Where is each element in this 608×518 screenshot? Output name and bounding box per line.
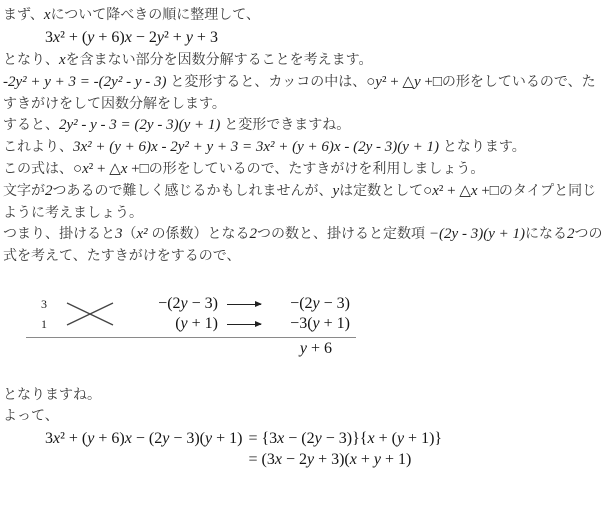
jp-text: 文字が [3, 182, 45, 198]
inline-math-shape-form-x: ○x² + △x +□ [423, 183, 499, 199]
inline-math-two: 2 [45, 183, 53, 199]
paragraph-use-tasukigake: この式は、○x² + △x +□の形をしているので、たすきがけを利用しましょう。 [3, 158, 607, 180]
inline-math-x: x [59, 52, 66, 68]
jp-text: まず、 [3, 6, 44, 22]
paragraph-factored-y: すると、2y² - y - 3 = (2y - 3)(y + 1) と変形できま… [3, 114, 607, 136]
cross-icon [62, 301, 118, 327]
inline-math-substituted: 3x² + (y + 6)x - 2y² + y + 3 = 3x² + (y … [73, 139, 439, 155]
jp-text: これより、 [3, 138, 73, 154]
paragraph-result-comment: となりますね。 [3, 384, 607, 405]
jp-text: つあるので難しく感じるかもしれませんが、 [53, 182, 333, 198]
inline-math-shape-form-x: ○x² + △x +□ [73, 161, 149, 177]
cross-product-top: −(2y − 3) [270, 295, 350, 313]
equation-lhs: 3x² + (y + 6)x − (2y − 3)(y + 1) [45, 428, 242, 449]
conclusion-equations: 3x² + (y + 6)x − (2y − 3)(y + 1) = {3x −… [45, 428, 607, 470]
jp-text: は定数として [339, 182, 423, 198]
equation-rhs-2: = (3x − 2y + 3)(x + y + 1) [248, 449, 442, 470]
jp-text: （ [123, 225, 137, 241]
arrow-right-icon [218, 304, 270, 305]
coefficient-top: 3 [26, 294, 62, 314]
paragraph-factor-non-x-part: となり、xを含まない部分を因数分解することを考えます。 [3, 49, 607, 71]
inline-math-three: 3 [115, 226, 123, 242]
factor-bottom: (y + 1) [118, 315, 218, 333]
inline-math-two: 2 [250, 226, 258, 242]
equation-rhs-1: = {3x − (2y − 3)}{x + (y + 1)} [248, 428, 442, 449]
paragraph-multiply-pairs: つまり、掛けると3（x² の係数）となる2つの数と、掛けると定数項 −(2y -… [3, 223, 607, 266]
jp-text: の係数）となる [148, 225, 250, 241]
jp-text: の形をしているので、たすきがけを利用しましょう。 [149, 160, 485, 176]
inline-math-x: x [44, 7, 51, 23]
jp-text: について降べきの順に整理して、 [51, 6, 260, 22]
formula-original-polynomial: 3x² + (y + 6)x − 2y² + y + 3 [45, 26, 607, 49]
sum-result: y + 6 [26, 338, 356, 360]
jp-text: を含まない部分を因数分解することを考えます。 [66, 51, 373, 67]
arrow-shaft [227, 304, 261, 305]
inline-math-y-factorization: 2y² - y - 3 = (2y - 3)(y + 1) [59, 117, 220, 133]
cross-multiplication-grid: 3 −(2y − 3) −(2y − 3) 1 (y + 1) −3(y + 1… [26, 294, 356, 334]
inline-math-shape-form-y: ○y² + △y +□ [366, 74, 442, 90]
jp-text: この式は、 [3, 160, 73, 176]
inline-math-transform: -2y² + y + 3 = -(2y² - y - 3) [3, 74, 166, 90]
math-lesson-document: まず、xについて降べきの順に整理して、 3x² + (y + 6)x − 2y²… [0, 0, 608, 470]
jp-text: と変形できますね。 [220, 116, 350, 132]
paragraph-sort-descending: まず、xについて降べきの順に整理して、 [3, 4, 607, 26]
jp-text: となり、 [3, 51, 59, 67]
inline-math-x-squared: x² [137, 226, 148, 242]
arrow-shaft [227, 324, 261, 325]
cross-product-bottom: −3(y + 1) [270, 315, 350, 333]
jp-text: すると、 [3, 116, 59, 132]
coefficient-bottom: 1 [26, 314, 62, 334]
paragraph-two-letters: 文字が2つあるので難しく感じるかもしれませんが、yは定数として○x² + △x … [3, 180, 607, 223]
factor-top: −(2y − 3) [118, 295, 218, 313]
arrow-right-icon [218, 324, 270, 325]
inline-math-constant-term: −(2y - 3)(y + 1) [429, 226, 525, 242]
paragraph-substitute: これより、3x² + (y + 6)x - 2y² + y + 3 = 3x² … [3, 136, 607, 158]
paragraph-transform-bracket: -2y² + y + 3 = -(2y² - y - 3) と変形すると、カッコ… [3, 71, 607, 114]
jp-text: になる [525, 225, 567, 241]
paragraph-therefore: よって、 [3, 405, 607, 426]
jp-text: となります。 [439, 138, 526, 154]
jp-text: と変形すると、カッコの中は、 [166, 73, 366, 89]
equation-spacer [45, 449, 242, 470]
tasukigake-diagram: 3 −(2y − 3) −(2y − 3) 1 (y + 1) −3(y + 1… [26, 294, 356, 360]
jp-text: つまり、掛けると [3, 225, 115, 241]
jp-text: つの数と、掛けると定数項 [257, 225, 429, 241]
